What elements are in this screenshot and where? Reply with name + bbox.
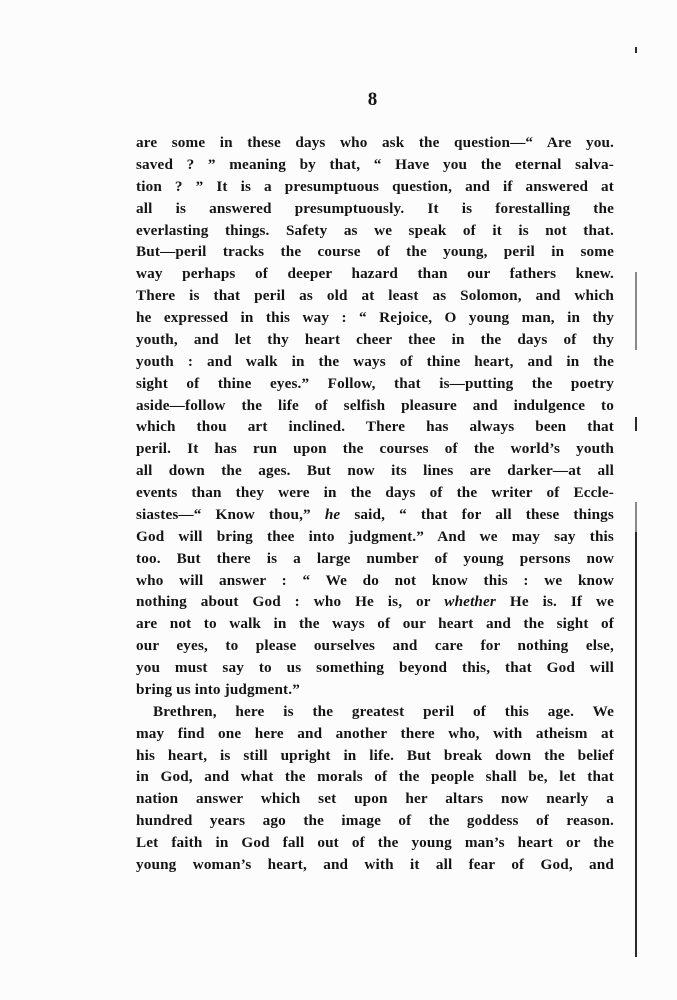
scan-edge-line bbox=[635, 47, 637, 53]
scan-edge-line bbox=[635, 417, 637, 431]
text-line: youth : and walk in the ways of thine he… bbox=[136, 351, 614, 373]
text-line: saved ? ” meaning by that, “ Have you th… bbox=[136, 154, 614, 176]
page-number: 8 bbox=[0, 89, 677, 111]
scan-edge-line bbox=[635, 532, 637, 957]
text-line: God will bring thee into judgment.” And … bbox=[136, 526, 614, 548]
text-line: nothing about God : who He is, or whethe… bbox=[136, 591, 614, 613]
text-line: way perhaps of deeper hazard than our fa… bbox=[136, 263, 614, 285]
text-line: events than they were in the days of the… bbox=[136, 482, 614, 504]
italic-text: whether bbox=[444, 593, 496, 610]
text-line: his heart, is still upright in life. But… bbox=[136, 745, 614, 767]
text-line: There is that peril as old at least as S… bbox=[136, 285, 614, 307]
text-line: are not to walk in the ways of our heart… bbox=[136, 613, 614, 635]
paragraph-start-line: Brethren, here is the greatest peril of … bbox=[136, 701, 614, 723]
paragraph-end-line: bring us into judgment.” bbox=[136, 679, 614, 701]
text-line: sight of thine eyes.” Follow, that is—pu… bbox=[136, 373, 614, 395]
text-line: tion ? ” It is a presumptuous question, … bbox=[136, 176, 614, 198]
italic-text: he bbox=[325, 506, 341, 523]
text-line: too. But there is a large number of youn… bbox=[136, 548, 614, 570]
text-line: who will answer : “ We do not know this … bbox=[136, 570, 614, 592]
scan-edge-line bbox=[635, 502, 637, 532]
text-line: nation answer which set upon her altars … bbox=[136, 788, 614, 810]
text-line: all down the ages. But now its lines are… bbox=[136, 460, 614, 482]
text-line: which thou art inclined. There has alway… bbox=[136, 416, 614, 438]
text-line: you must say to us something beyond this… bbox=[136, 657, 614, 679]
text-line: siastes—“ Know thou,” he said, “ that fo… bbox=[136, 504, 614, 526]
text-segment: nothing about God : who He is, or bbox=[136, 593, 444, 610]
text-line: he expressed in this way : “ Rejoice, O … bbox=[136, 307, 614, 329]
text-segment: He is. If we bbox=[496, 593, 614, 610]
text-line: Let faith in God fall out of the young m… bbox=[136, 832, 614, 854]
text-line: hundred years ago the image of the godde… bbox=[136, 810, 614, 832]
text-line: in God, and what the morals of the peopl… bbox=[136, 766, 614, 788]
text-segment: said, “ that for all these things bbox=[340, 506, 614, 523]
body-text: are some in these days who ask the quest… bbox=[136, 132, 614, 876]
text-line: aside—follow the life of selfish pleasur… bbox=[136, 395, 614, 417]
text-line: young woman’s heart, and with it all fea… bbox=[136, 854, 614, 876]
text-line: everlasting things. Safety as we speak o… bbox=[136, 220, 614, 242]
text-line: are some in these days who ask the quest… bbox=[136, 132, 614, 154]
text-line: our eyes, to please ourselves and care f… bbox=[136, 635, 614, 657]
text-line: youth, and let thy heart cheer thee in t… bbox=[136, 329, 614, 351]
text-line: But—peril tracks the course of the young… bbox=[136, 241, 614, 263]
text-line: all is answered presumptuously. It is fo… bbox=[136, 198, 614, 220]
text-line: may find one here and another there who,… bbox=[136, 723, 614, 745]
text-segment: siastes—“ Know thou,” bbox=[136, 506, 325, 523]
text-line: peril. It has run upon the courses of th… bbox=[136, 438, 614, 460]
scan-edge-line bbox=[635, 272, 637, 350]
scanned-book-page: 8 are some in these days who ask the que… bbox=[0, 0, 677, 1000]
